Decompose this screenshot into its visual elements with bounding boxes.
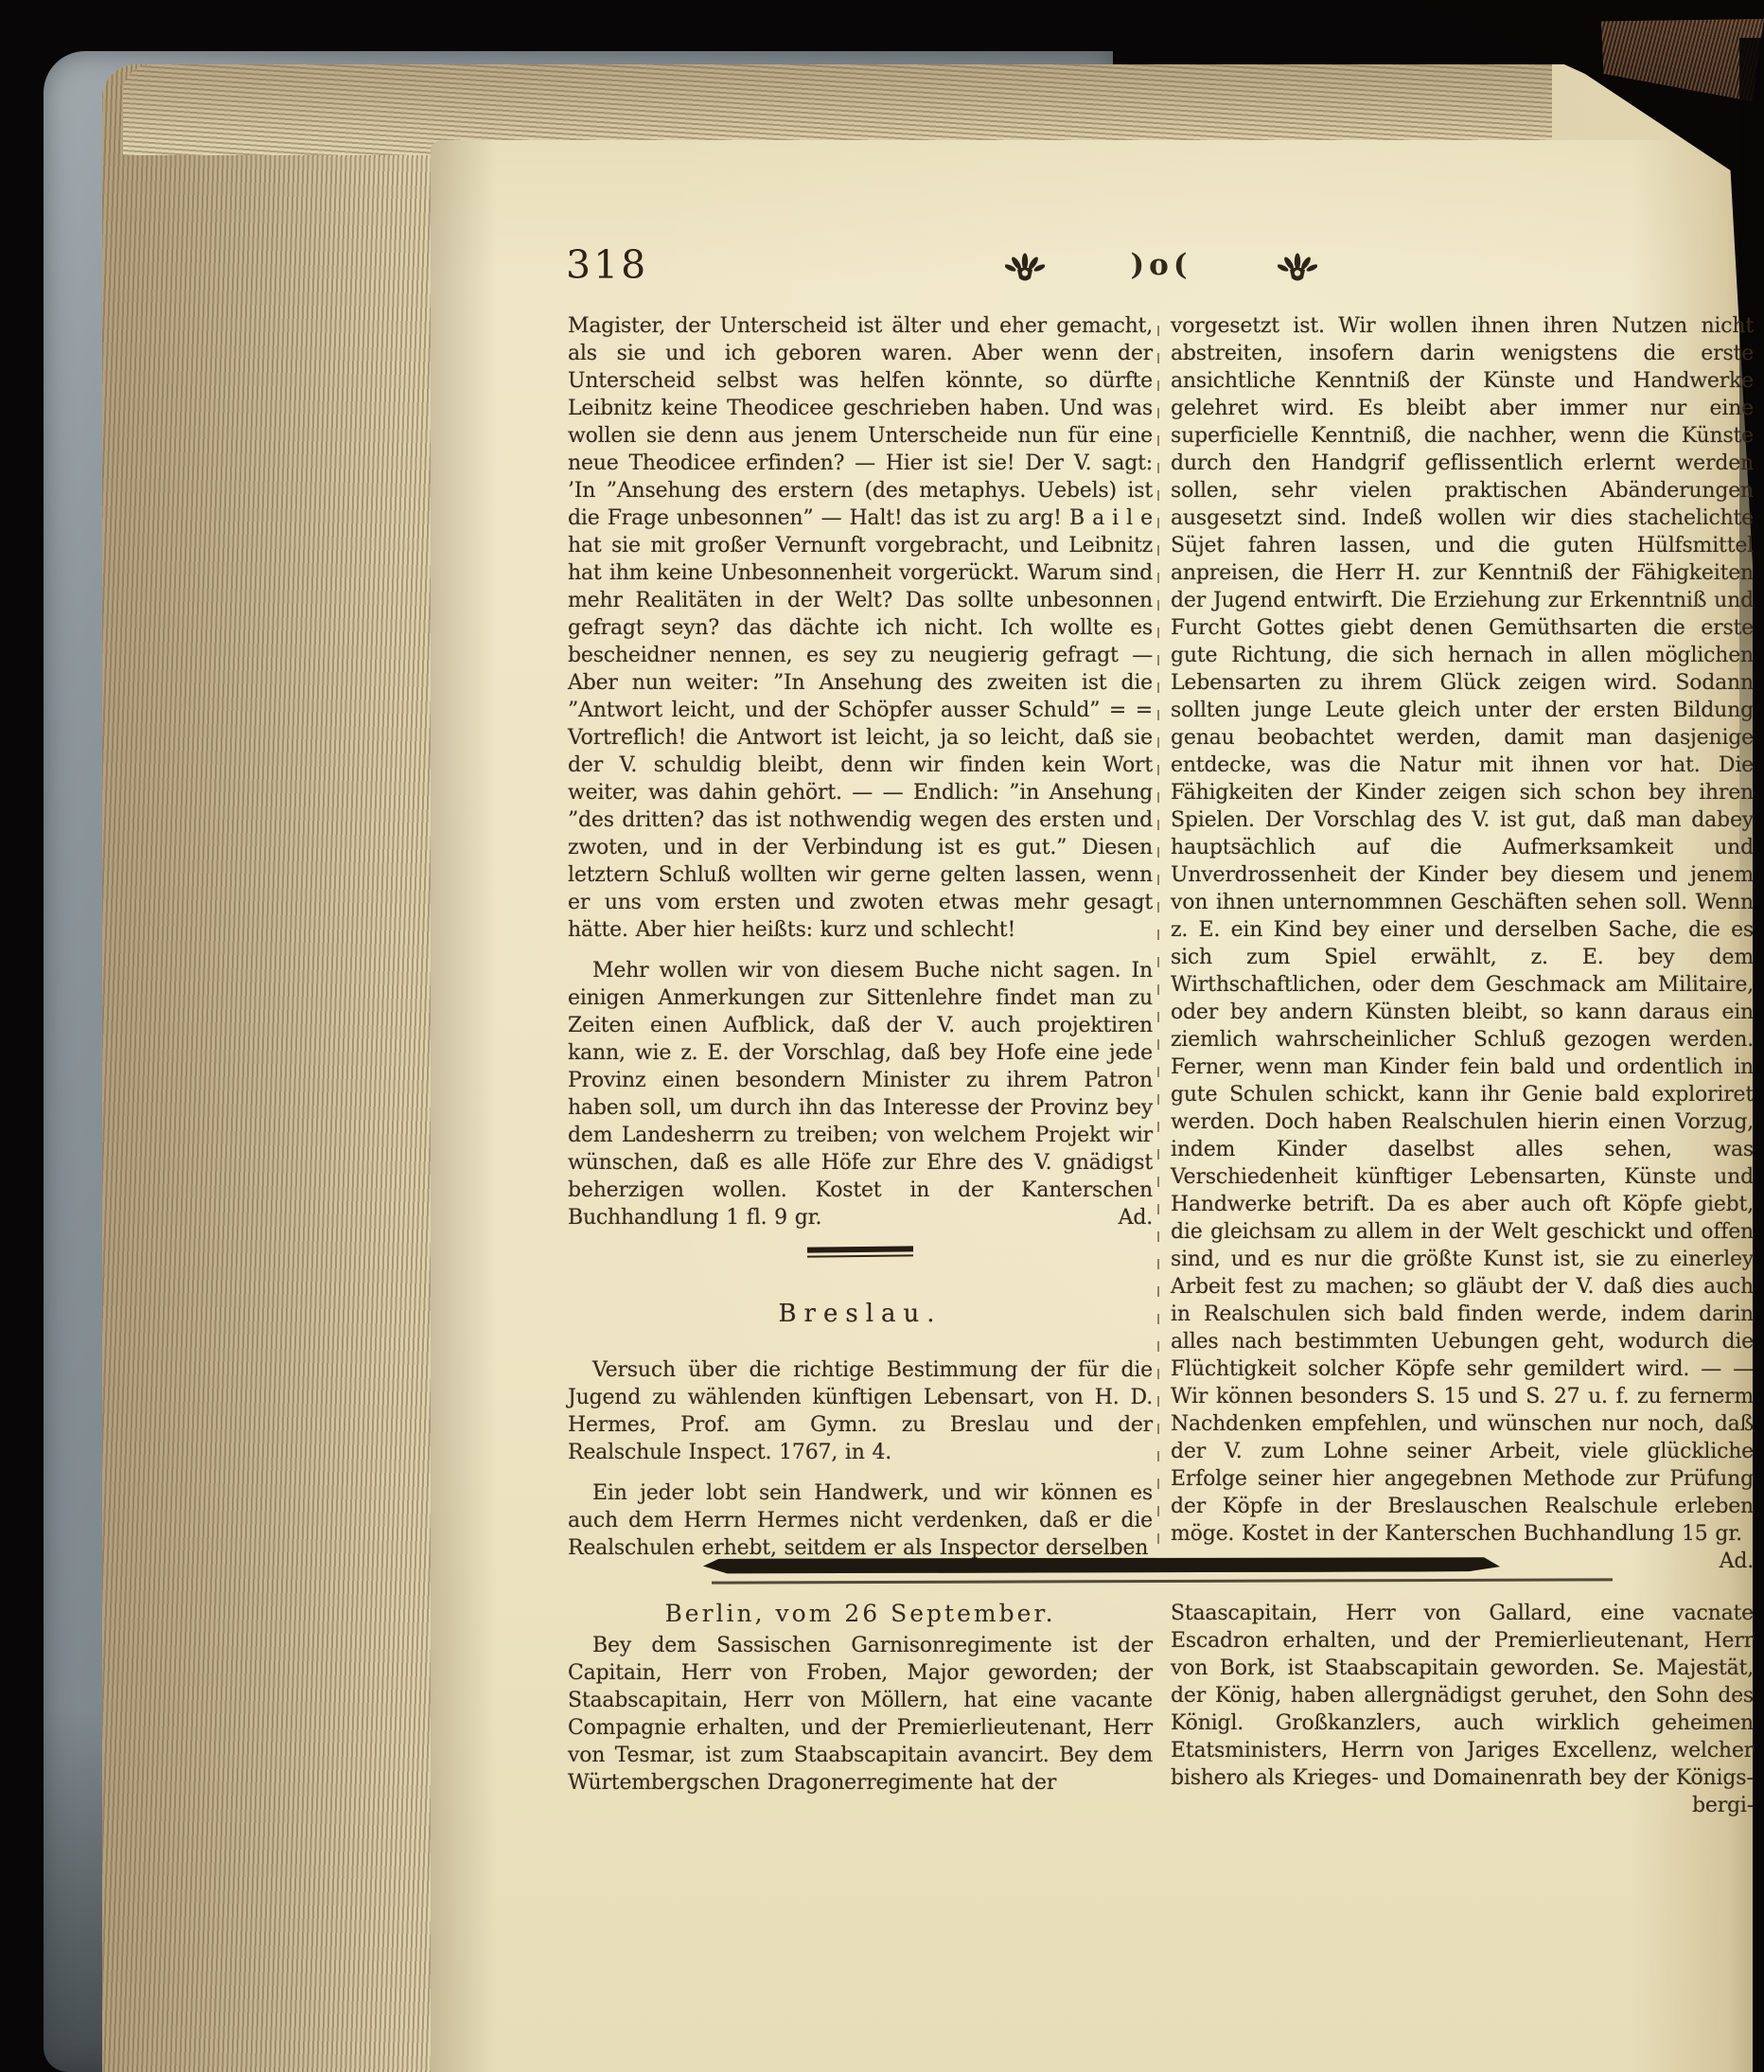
header-ornaments: )o( — [1005, 244, 1317, 292]
review-paragraph: vorgesetzt ist. Wir wollen ihnen ihren N… — [1171, 312, 1754, 1548]
page-number: 318 — [566, 242, 648, 288]
palmette-ornament-icon — [1005, 252, 1045, 284]
book-scan: 318 )o( — [0, 0, 1764, 2072]
catchword: bergi- — [1171, 1792, 1754, 1819]
reviewer-initials: Ad. — [1094, 1204, 1153, 1231]
divider-thick-line — [807, 1246, 913, 1252]
divider-thin-line — [807, 1254, 913, 1257]
palmette-ornament-icon — [1278, 252, 1317, 284]
paragraph-text: vorgesetzt ist. Wir wollen ihnen ihren N… — [1171, 314, 1754, 1546]
paragraph-text: Mehr wollen wir von diesem Buche nicht s… — [568, 959, 1153, 1230]
berlin-heading: Berlin, vom 26 September. — [568, 1600, 1153, 1627]
review-paragraph: Mehr wollen wir von diesem Buche nicht s… — [568, 957, 1153, 1231]
page-edges-left — [102, 64, 454, 2072]
book-title-paragraph: Versuch über die richtige Bestimmung der… — [568, 1356, 1153, 1466]
review-paragraph: Ein jeder lobt sein Handwerk, und wir kö… — [568, 1479, 1153, 1562]
header-mark: )o( — [1130, 248, 1191, 282]
review-paragraph: Magister, der Unterscheid ist älter und … — [568, 312, 1153, 944]
column-rule — [1157, 326, 1159, 1547]
right-column: vorgesetzt ist. Wir wollen ihnen ihren N… — [1171, 312, 1754, 1575]
section-heading: Breslau. — [568, 1301, 1153, 1328]
reviewer-initials: Ad. — [1720, 1548, 1754, 1575]
berlin-right-column: Staascapitain, Herr von Gallard, eine va… — [1171, 1600, 1754, 1819]
left-column: Magister, der Unterscheid ist älter und … — [568, 312, 1153, 1562]
news-paragraph: Staascapitain, Herr von Gallard, eine va… — [1171, 1600, 1754, 1792]
section-divider — [807, 1247, 913, 1257]
news-paragraph: Bey dem Sassischen Garnisonregimente ist… — [568, 1632, 1153, 1797]
berlin-left-column: Bey dem Sassischen Garnisonregimente ist… — [568, 1632, 1153, 1797]
